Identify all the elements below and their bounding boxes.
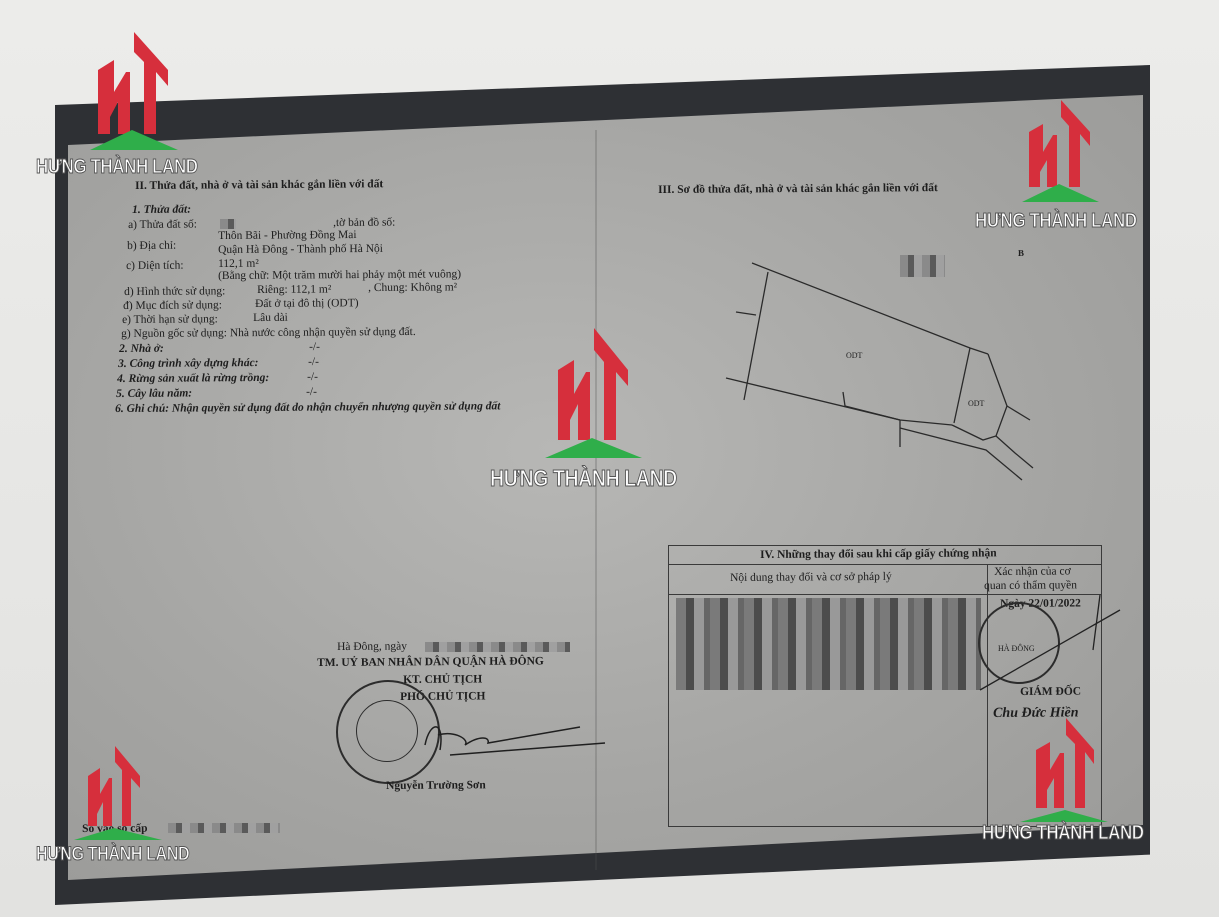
purpose-value: Đất ở tại đô thị (ODT) — [255, 297, 359, 310]
area-label: c) Diện tích: — [126, 260, 184, 272]
usage-shared: , Chung: Không m² — [368, 281, 457, 294]
parcel-area-label: ODT — [846, 351, 863, 360]
watermark-logo-center — [550, 318, 635, 458]
watermark-text-top-left: HƯNG THÀNH LAND — [36, 156, 198, 179]
item-house-label: 2. Nhà ở: — [119, 343, 164, 355]
watermark-text-center: HƯNG THÀNH LAND — [490, 465, 677, 492]
changes-column-header: Nội dung thay đổi và cơ sở pháp lý — [730, 571, 892, 584]
ht-monogram-icon — [82, 740, 147, 840]
ht-monogram-icon — [90, 22, 175, 152]
confirmation-signature-mark — [975, 590, 1125, 700]
watermark-logo-bottom-left — [82, 740, 147, 840]
section-iv-title: IV. Những thay đổi sau khi cấp giấy chứn… — [760, 547, 997, 561]
item-construction-value: -/- — [308, 356, 319, 368]
signer-name: Nguyễn Trường Sơn — [386, 779, 486, 792]
item-forest-value: -/- — [307, 371, 318, 383]
item-forest-label: 4. Rừng sản xuất là rừng trồng: — [117, 372, 269, 385]
redacted-register-number — [168, 823, 280, 833]
issuing-authority: TM. UỶ BAN NHÂN DÂN QUẬN HÀ ĐÔNG — [317, 655, 544, 669]
watermark-text-top-right: HƯNG THÀNH LAND — [975, 210, 1137, 233]
area-value: 112,1 m² — [218, 258, 259, 270]
watermark-logo-top-left — [90, 22, 175, 152]
ht-monogram-icon — [1022, 92, 1097, 202]
signature-mark — [420, 715, 620, 765]
watermark-text-bottom-left: HƯNG THÀNH LAND — [36, 844, 189, 866]
confirmation-header-line1: Xác nhận của cơ — [994, 565, 1071, 578]
parcel-map: ODT ODT — [700, 240, 1050, 490]
section-iii-title: III. Sơ đồ thửa đất, nhà ở và tài sản kh… — [658, 182, 938, 196]
area-in-words: (Bằng chữ: Một trăm mười hai phảy một mé… — [218, 268, 461, 282]
map-sheet-label: ,tờ bản đồ số: — [333, 217, 395, 229]
ht-monogram-icon — [550, 318, 635, 458]
usage-private: Riêng: 112,1 m² — [257, 283, 331, 296]
parcel-heading: 1. Thửa đất: — [132, 204, 191, 216]
parcel-number-label: a) Thửa đất số: — [128, 219, 197, 231]
watermark-logo-top-right — [1022, 92, 1097, 202]
item-construction-label: 3. Công trình xây dựng khác: — [118, 357, 259, 370]
watermark-text-bottom-right: HƯNG THÀNH LAND — [982, 822, 1144, 845]
parcel-type-label: ODT — [968, 399, 985, 408]
origin-line: g) Nguồn gốc sử dụng: Nhà nước công nhận… — [121, 326, 416, 340]
watermark-logo-bottom-right — [1030, 710, 1100, 820]
address-line-1: Thôn Bãi - Phường Đồng Mai — [218, 229, 357, 242]
usage-form-label: d) Hình thức sử dụng: — [124, 285, 225, 298]
purpose-label: đ) Mục đích sử dụng: — [123, 299, 222, 312]
ht-monogram-icon — [1030, 710, 1100, 820]
section-ii-title: II. Thửa đất, nhà ở và tài sản khác gắn … — [135, 178, 383, 192]
seal-emblem-icon — [356, 700, 418, 762]
redacted-change-content — [676, 598, 981, 690]
director-title: GIÁM ĐỐC — [1020, 686, 1081, 698]
item-perennial-value: -/- — [306, 386, 317, 398]
address-line-2: Quận Hà Đông - Thành phố Hà Nội — [218, 243, 383, 256]
item-house-value: -/- — [309, 341, 320, 353]
place-date: Hà Đông, ngày — [337, 641, 407, 653]
position-chairman: KT. CHỦ TỊCH — [403, 673, 482, 686]
term-label: e) Thời hạn sử dụng: — [122, 313, 218, 326]
redacted-date — [425, 642, 570, 652]
address-label: b) Địa chỉ: — [127, 240, 176, 252]
redacted-parcel-number — [220, 219, 236, 229]
term-value: Lâu dài — [253, 312, 288, 324]
item-perennial-label: 5. Cây lâu năm: — [116, 387, 192, 400]
